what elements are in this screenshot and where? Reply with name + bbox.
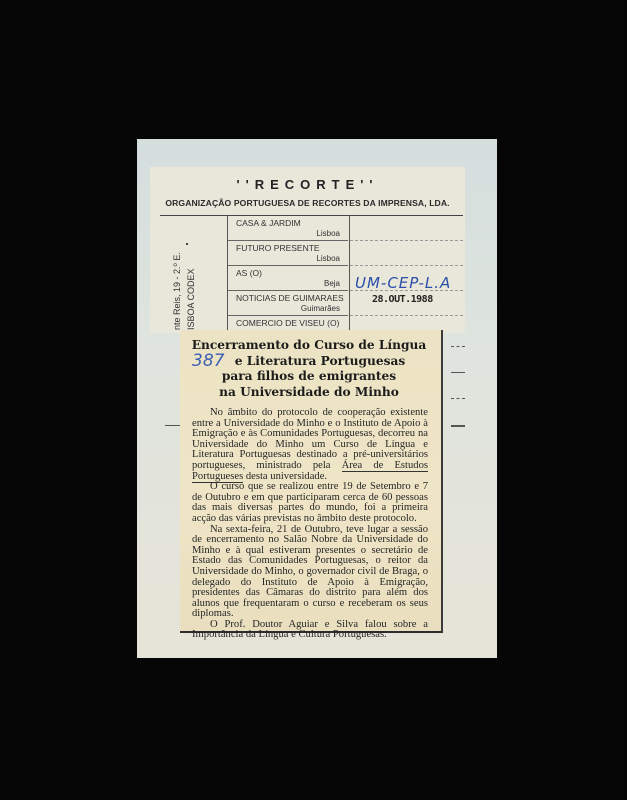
publication-city: Guimarães — [301, 304, 340, 313]
address-line-2: ISBOA CODEX — [184, 252, 198, 330]
edge-mark — [451, 425, 465, 427]
notes-line — [350, 315, 463, 316]
date-stamp: 28.OUT.1988 — [372, 294, 433, 305]
notes-line — [350, 240, 463, 241]
form-address: nte Reis, 19 - 2.º E. ISBOA CODEX — [170, 252, 198, 330]
article-body: No âmbito do protocolo de cooperação exi… — [192, 408, 428, 641]
edge-mark — [451, 346, 465, 347]
paragraph-text: desta universidade. — [243, 471, 327, 482]
edge-mark — [165, 425, 181, 426]
publication-name: NOTICIAS DE GUIMARAES — [236, 293, 344, 303]
edge-mark — [451, 372, 465, 373]
form-dot — [186, 243, 188, 245]
publication-city: Beja — [324, 279, 340, 288]
headline-line: para filhos de emigrantes — [180, 369, 438, 385]
handwritten-clip-number: 387 — [192, 351, 224, 371]
publication-name: AS (O) — [236, 268, 262, 278]
publication-city: Lisboa — [316, 229, 340, 238]
publication-city: Lisboa — [316, 254, 340, 263]
publication-name: CASA & JARDIM — [236, 218, 301, 228]
notes-line — [350, 265, 463, 266]
article-paragraph: O Prof. Doutor Aguiar e Silva falou sobr… — [192, 620, 428, 641]
article-paragraph: Na sexta-feira, 21 de Outubro, teve luga… — [192, 525, 428, 620]
newspaper-clipping: Encerramento do Curso de Língua e Litera… — [180, 330, 443, 633]
form-subtitle: ORGANIZAÇÃO PORTUGUESA DE RECORTES DA IM… — [150, 198, 465, 208]
publication-row: NOTICIAS DE GUIMARAES Guimarães — [228, 290, 348, 316]
headline-line: na Universidade do Minho — [180, 385, 438, 401]
publication-row: FUTURO PRESENTE Lisboa — [228, 240, 348, 266]
publication-row: AS (O) Beja — [228, 265, 348, 291]
handwritten-code: UM-CEP-L.A — [355, 274, 451, 292]
edge-mark — [451, 398, 465, 399]
address-line-1: nte Reis, 19 - 2.º E. — [170, 252, 184, 330]
form-title: ''RECORTE'' — [150, 177, 465, 192]
publication-name: FUTURO PRESENTE — [236, 243, 320, 253]
publication-row: CASA & JARDIM Lisboa — [228, 215, 348, 241]
publication-name: COMERCIO DE VISEU (O) — [236, 318, 339, 328]
article-paragraph: No âmbito do protocolo de cooperação exi… — [192, 408, 428, 482]
article-paragraph: O curso que se realizou entre 19 de Sete… — [192, 482, 428, 524]
